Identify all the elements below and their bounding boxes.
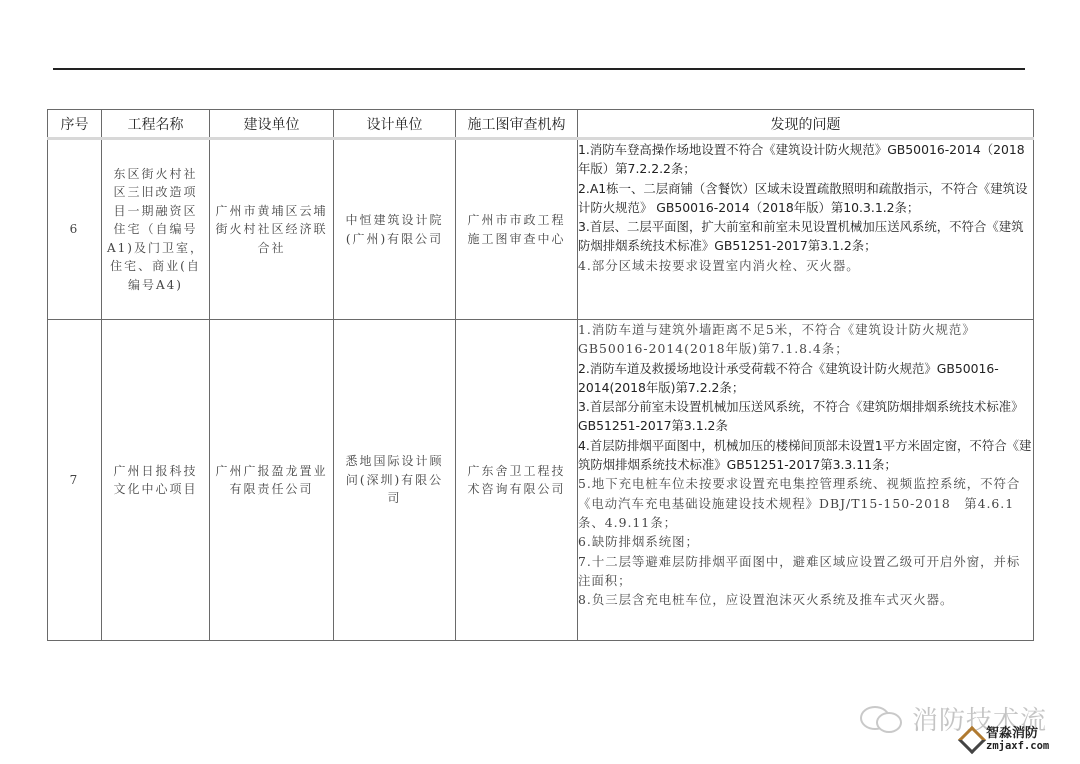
issue-item: 4.首层防排烟平面图中，机械加压的楼梯间顶部未设置1平方米固定窗，不符合《建筑防… <box>578 436 1033 475</box>
header-issues: 发现的问题 <box>578 110 1034 139</box>
cell-project: 东区街火村社区三旧改造项目一期融资区住宅（自编号A1)及门卫室，住宅、商业(自编… <box>102 139 210 320</box>
cell-builder: 广州市黄埔区云埔街火村社区经济联合社 <box>210 139 334 320</box>
header-reviewer: 施工图审查机构 <box>456 110 578 139</box>
cell-reviewer: 广东舍卫工程技术咨询有限公司 <box>456 320 578 641</box>
table-header-row: 序号 工程名称 建设单位 设计单位 施工图审查机构 发现的问题 <box>48 110 1034 139</box>
issue-item: 7.十二层等避难层防排烟平面图中，避难区域应设置乙级可开启外窗，并标注面积； <box>578 552 1033 591</box>
issue-item: 2.A1栋一、二层商铺（含餐饮）区域未设置疏散照明和疏散指示，不符合《建筑设计防… <box>578 179 1033 218</box>
header-project: 工程名称 <box>102 110 210 139</box>
logo-url: zmjaxf.com <box>986 740 1049 753</box>
cell-no: 6 <box>48 139 102 320</box>
cell-issues: 1.消防车登高操作场地设置不符合《建筑设计防火规范》GB50016-2014（2… <box>578 139 1034 320</box>
issue-item: 6.缺防排烟系统图； <box>578 532 1033 551</box>
site-logo: 智淼消防 zmjaxf.com <box>962 727 1049 753</box>
header-builder: 建设单位 <box>210 110 334 139</box>
issue-item: 4.部分区域未按要求设置室内消火栓、灭火器。 <box>578 256 1033 275</box>
cell-issues: 1.消防车道与建筑外墙距离不足5米，不符合《建筑设计防火规范》GB50016-2… <box>578 320 1034 641</box>
cell-builder: 广州广报盈龙置业有限责任公司 <box>210 320 334 641</box>
issue-item: 3.首层、二层平面图，扩大前室和前室未见设置机械加压送风系统，不符合《建筑防烟排… <box>578 217 1033 256</box>
cell-no: 7 <box>48 320 102 641</box>
review-issues-table: 序号 工程名称 建设单位 设计单位 施工图审查机构 发现的问题 6 东区街火村社… <box>47 109 1034 641</box>
header-no: 序号 <box>48 110 102 139</box>
header-designer: 设计单位 <box>334 110 456 139</box>
issue-item: 8.负三层含充电桩车位，应设置泡沫灭火系统及推车式灭火器。 <box>578 590 1033 609</box>
zmjaxf-logo-icon <box>958 726 986 754</box>
cell-designer: 中恒建筑设计院(广州)有限公司 <box>334 139 456 320</box>
cell-reviewer: 广州市市政工程施工图审查中心 <box>456 139 578 320</box>
issue-item: 1.消防车登高操作场地设置不符合《建筑设计防火规范》GB50016-2014（2… <box>578 140 1033 179</box>
cell-project: 广州日报科技文化中心项目 <box>102 320 210 641</box>
header-rule <box>53 68 1025 70</box>
issue-item: 5.地下充电桩车位未按要求设置充电集控管理系统、视频监控系统，不符合《电动汽车充… <box>578 474 1033 532</box>
table-row: 6 东区街火村社区三旧改造项目一期融资区住宅（自编号A1)及门卫室，住宅、商业(… <box>48 139 1034 320</box>
wechat-icon <box>860 706 904 732</box>
issue-item: 1.消防车道与建筑外墙距离不足5米，不符合《建筑设计防火规范》GB50016-2… <box>578 320 1033 359</box>
issue-item: 3.首层部分前室未设置机械加压送风系统，不符合《建筑防烟排烟系统技术标准》GB5… <box>578 397 1033 436</box>
table-row: 7 广州日报科技文化中心项目 广州广报盈龙置业有限责任公司 悉地国际设计顾问(深… <box>48 320 1034 641</box>
cell-designer: 悉地国际设计顾问(深圳)有限公司 <box>334 320 456 641</box>
issue-item: 2.消防车道及救援场地设计承受荷载不符合《建筑设计防火规范》GB50016-20… <box>578 359 1033 398</box>
logo-name: 智淼消防 <box>986 727 1049 740</box>
